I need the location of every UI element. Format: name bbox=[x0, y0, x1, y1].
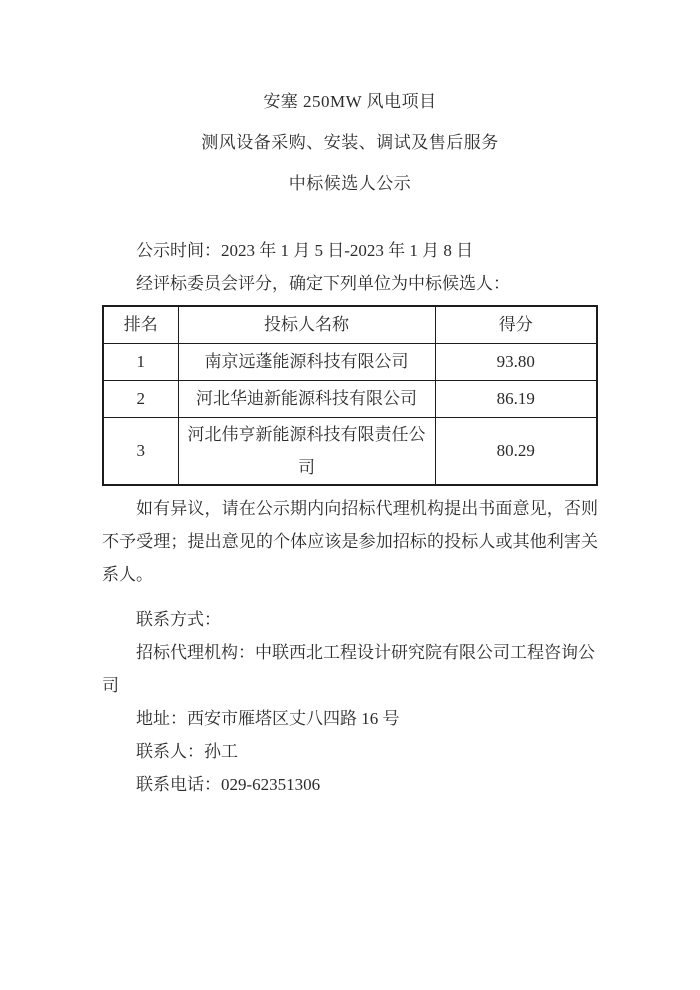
rank-cell: 1 bbox=[103, 343, 178, 380]
contact-heading: 联系方式： bbox=[102, 603, 598, 636]
score-cell: 80.29 bbox=[435, 417, 597, 485]
evaluation-note-text: 经评标委员会评分，确定下列单位为中标候选人： bbox=[102, 267, 598, 300]
rank-cell: 3 bbox=[103, 417, 178, 485]
header-bidder-name: 投标人名称 bbox=[178, 306, 435, 343]
intro-block: 公示时间：2023 年 1 月 5 日-2023 年 1 月 8 日 经评标委员… bbox=[102, 234, 598, 300]
phone-line: 联系电话：029-62351306 bbox=[102, 768, 598, 801]
document-content: 安塞 250MW 风电项目 测风设备采购、安装、调试及售后服务 中标候选人公示 … bbox=[102, 81, 598, 801]
table-row: 3 河北伟亨新能源科技有限责任公司 80.29 bbox=[103, 417, 597, 485]
page-title-scope: 测风设备采购、安装、调试及售后服务 bbox=[102, 122, 598, 163]
contact-person-line: 联系人：孙工 bbox=[102, 735, 598, 768]
title-block: 安塞 250MW 风电项目 测风设备采购、安装、调试及售后服务 中标候选人公示 bbox=[102, 81, 598, 204]
document-page: 安塞 250MW 风电项目 测风设备采购、安装、调试及售后服务 中标候选人公示 … bbox=[0, 0, 700, 990]
objection-note-text: 如有异议，请在公示期内向招标代理机构提出书面意见，否则不予受理；提出意见的个体应… bbox=[102, 492, 598, 591]
header-rank: 排名 bbox=[103, 306, 178, 343]
bidder-cell: 河北华迪新能源科技有限公司 bbox=[178, 380, 435, 417]
publicity-period-text: 公示时间：2023 年 1 月 5 日-2023 年 1 月 8 日 bbox=[102, 234, 598, 267]
agency-line: 招标代理机构：中联西北工程设计研究院有限公司工程咨询公司 bbox=[102, 636, 598, 702]
table-header-row: 排名 投标人名称 得分 bbox=[103, 306, 597, 343]
rank-cell: 2 bbox=[103, 380, 178, 417]
bidder-cell: 南京远蓬能源科技有限公司 bbox=[178, 343, 435, 380]
candidates-table: 排名 投标人名称 得分 1 南京远蓬能源科技有限公司 93.80 2 河北华迪新… bbox=[102, 305, 598, 486]
page-title-project: 安塞 250MW 风电项目 bbox=[102, 81, 598, 122]
score-cell: 93.80 bbox=[435, 343, 597, 380]
contact-block: 联系方式： 招标代理机构：中联西北工程设计研究院有限公司工程咨询公司 地址：西安… bbox=[102, 603, 598, 801]
header-score: 得分 bbox=[435, 306, 597, 343]
table-row: 2 河北华迪新能源科技有限公司 86.19 bbox=[103, 380, 597, 417]
score-cell: 86.19 bbox=[435, 380, 597, 417]
bidder-cell: 河北伟亨新能源科技有限责任公司 bbox=[178, 417, 435, 485]
table-row: 1 南京远蓬能源科技有限公司 93.80 bbox=[103, 343, 597, 380]
address-line: 地址：西安市雁塔区丈八四路 16 号 bbox=[102, 702, 598, 735]
page-title-announcement: 中标候选人公示 bbox=[102, 163, 598, 204]
